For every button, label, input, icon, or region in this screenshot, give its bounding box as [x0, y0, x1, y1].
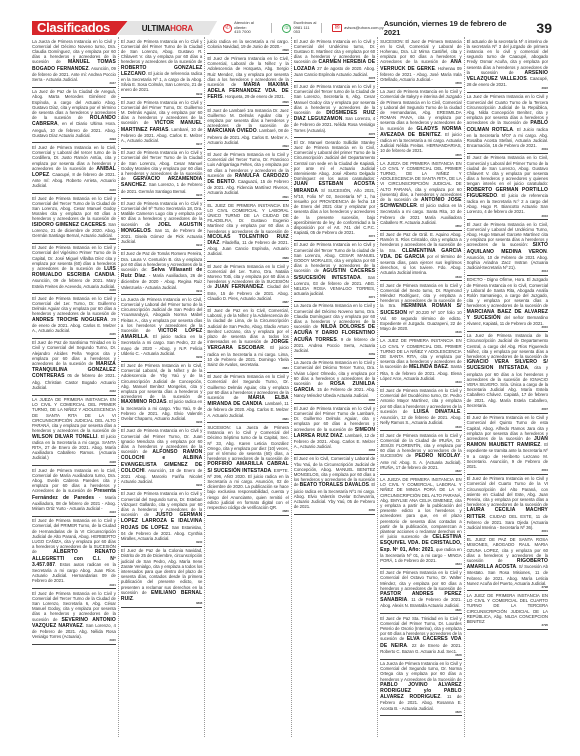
notice-code: 3912	[121, 244, 202, 248]
notice-code: 3893	[207, 145, 288, 149]
deceased-name: LUISA DINATALE	[414, 409, 461, 415]
legal-notice: El Juez de Primera Instancia en lo Civil…	[121, 37, 202, 98]
notice-code: 3863	[294, 449, 375, 453]
notice-code: 3840	[380, 426, 461, 430]
notice-code: 3837	[380, 470, 461, 474]
legal-notice: El Juez de Primera Instancia en lo Civil…	[207, 373, 288, 424]
legal-notice: El Juez de Primera Instancia en lo Civil…	[32, 466, 116, 517]
legal-notice: EDICTO - Digno Ofirme, Hora. El Juzgado …	[467, 276, 548, 332]
whatsapp-icon: ☏	[282, 24, 291, 33]
legal-notice: El Juez de Primera Instancia en lo Civil…	[467, 475, 548, 536]
legal-notice: El Juez de Primera Instancia en lo Civil…	[207, 262, 288, 306]
notice-closing: .	[133, 596, 134, 601]
notice-code: 3795	[467, 624, 548, 628]
deceased-name: MARCIANA OVIEDO	[207, 128, 256, 134]
notice-body: El Juez de Primera Instancia en lo Civil…	[121, 363, 202, 399]
legal-notice: El Juez de Primera Instancia en lo Civil…	[294, 37, 375, 82]
legal-notice: El actuario de la secretaría Nº 4 interi…	[467, 37, 548, 93]
legal-notice: El Juez de Primera Instancia en lo Civil…	[467, 154, 548, 220]
deceased-name: BEATO TORALES DAVALOS	[300, 482, 369, 488]
notice-body: El Juez de Paz de la Colonia Navidad, Di…	[121, 548, 202, 595]
deceased-name: WILSON DILVAR TONELLI	[32, 434, 98, 440]
legal-notice: La Jueza de Primera Instancia en lo Civi…	[32, 37, 116, 88]
notice-code: 3887	[207, 301, 288, 305]
notice-code: 3915	[121, 194, 202, 198]
page-header: Clasificados ULTIMAHORA ✆ Atención al cl…	[32, 21, 552, 35]
notice-code: 3816	[467, 215, 548, 219]
notice-code: 3828	[380, 654, 461, 658]
notice-code: 3801	[467, 530, 548, 534]
notice-code: 3909	[121, 356, 202, 360]
page-number: 39	[536, 20, 552, 36]
notice-code: 3904	[121, 484, 202, 488]
notice-body: EL JUEZ DE PRIMERA INSTANCIA EN LO CIVIL…	[207, 203, 288, 234]
legal-notice: El Juez de Primera Instancia en lo Civil…	[380, 569, 461, 614]
legal-notice: El Dr. Manuel Gerardo Sullidán Stanley J…	[294, 138, 375, 241]
deceased-name: ANDRES TROCHE NOGUERA	[32, 317, 107, 323]
contact-email: ✉ avisos@uhora.com.py	[332, 22, 384, 34]
deceased-name: JUAN FERNANDEZ	[215, 284, 264, 290]
notice-code: 3889	[207, 257, 288, 261]
notice-code: 3932	[32, 390, 116, 394]
notice-body: El Juez de Primera Instancia en lo Civil…	[467, 476, 548, 507]
logo-hora: HORA	[170, 24, 193, 33]
column-2: El Juez de Primera Instancia en lo Civil…	[118, 37, 204, 737]
newspaper-logo: ULTIMAHORA	[118, 21, 218, 35]
notice-body: El Dr. Manuel Gerardo Sullidán Stanley J…	[294, 140, 375, 181]
notice-code: 3896	[207, 101, 288, 105]
legal-notice: EL JUEZ DE PRIMERA INSTANCIA EN LO CIVIL…	[207, 201, 288, 262]
contact-whatsapp: ☏ Escribínos al0981 111 053	[282, 22, 326, 34]
legal-notice: La Juez de Primera Instancia en lo Civil…	[467, 93, 548, 154]
phone-icon: ✆	[223, 24, 232, 33]
legal-notice: El Juez de Primera Instancia en lo Civil…	[294, 82, 375, 138]
notice-code: 3822	[467, 87, 548, 91]
notice-code: 3846	[380, 331, 461, 335]
legal-notice: La Jueza de Primera Instancia en lo Civi…	[294, 359, 375, 404]
legal-notice: El Juez de Primera Instancia en lo Civil…	[294, 241, 375, 302]
legal-notice: El Juez de Primera Instancia en lo Civil…	[294, 404, 375, 455]
notice-code: 3860	[294, 509, 375, 513]
notice-closing: S/ SUCESIÓN, Año 2021, Nº10, Folio Nº 02…	[294, 188, 375, 236]
notice-body: juicio radica en la secretaría a mi carg…	[207, 39, 288, 49]
notice-code: 3906	[121, 421, 202, 425]
notice-body: El Juez de Primera Instancia en lo Civil…	[121, 39, 202, 65]
column-4: El Juez de Primera Instancia en lo Civil…	[291, 37, 377, 737]
notice-code: 3813	[467, 270, 548, 274]
notice-code: 3849	[380, 276, 461, 280]
legal-notice: La Juez de Paz de la Ciudad de Areguá, A…	[32, 88, 116, 144]
notice-code: 3942	[32, 238, 116, 242]
notice-body: El Juez de Primera Instancia en lo Civil…	[32, 196, 116, 222]
notice-body: LA JUEZ DE PRIMERA INSTANCIA EN LO CIVIL…	[467, 593, 548, 624]
notice-body: LA JUEZA DE PRIMERA INSTANCIA EN LO CIVI…	[32, 397, 116, 433]
notice-body: El Juez de Primera Instancia en lo Civil…	[467, 155, 548, 186]
notice-closing: . Horqueta, 29 de enero de 2021.	[223, 94, 285, 99]
notice-code: 3804	[467, 469, 548, 473]
logo-ultima: ULTIMA	[142, 24, 170, 33]
legal-notice: juicio radica en la secretaría a mi carg…	[207, 37, 288, 54]
legal-notice: El Juez de Primera Instancia en lo Civil…	[380, 387, 461, 431]
mail-icon: ✉	[332, 24, 342, 32]
classifieds-columns: La Jueza de Primera Instancia en lo Civi…	[32, 37, 550, 737]
notice-code: 3900	[121, 541, 202, 545]
notice-code: 3866	[294, 399, 375, 403]
notice-code: 3891	[207, 196, 288, 200]
notice-body: La Juez de Primera Instancia de la Circu…	[467, 333, 548, 359]
contact-value: 415 7000	[234, 29, 251, 34]
notice-body: SUCESION: La Jueza de Primera Instancia …	[207, 425, 288, 461]
notice-code: 3880	[207, 510, 288, 514]
legal-notice: El Juez de Primera Instancia en lo Civil…	[467, 220, 548, 276]
legal-notice: EL JUEZ DE PAZ DE SANTA ROSA MISIONES, A…	[467, 536, 548, 592]
legal-notice: La Jueza de Primera Instancia en lo Civi…	[294, 302, 375, 359]
column-1: La Jueza de Primera Instancia en lo Civi…	[32, 37, 118, 737]
notice-body: La Juez de Primera Instancia en lo Civil…	[380, 89, 461, 130]
notice-body: EDICTO - Digno Ofirme, Hora. El Juzgado …	[467, 277, 548, 308]
deceased-name: PEDRO NICOLAY	[415, 453, 460, 459]
legal-notice: El Juez de Primera Instancia en lo Civil…	[121, 149, 202, 200]
legal-notice: El Juez de Paz de Grál. E. Aquino Abog. …	[380, 231, 461, 282]
notice-code: 3798	[467, 586, 548, 590]
legal-notice: El Juez de Primera Instancia en lo Civil…	[121, 98, 202, 149]
legal-notice: El Juez de Paz Sta. Trinidad en lo Civil…	[380, 614, 461, 659]
contact-value[interactable]: avisos@uhora.com.py	[344, 26, 384, 31]
legal-notice: El Juez de Paz en lo Civil, Comercial, L…	[207, 307, 288, 373]
legal-notice: El Juez de Primera Instancia en lo Civil…	[121, 490, 202, 547]
notice-code: 3935	[32, 333, 116, 337]
legal-notice: SUCESION: El Juez de Primera Instancia e…	[380, 37, 461, 88]
contact-phone: ✆ Atención al cliente:415 7000	[223, 22, 276, 34]
notice-body: LA JUEZA DE PRIMERA INSTANCIA EN LO CIVI…	[380, 477, 461, 539]
notice-code: 3871	[294, 296, 375, 300]
notice-body: El Juez de Primera Instancia en lo Civil…	[32, 296, 116, 317]
legal-notice: El Juez de Primera Instancia en lo Civil…	[32, 589, 116, 645]
legal-notice: El Juez de Primera Instancia en lo Civil…	[121, 427, 202, 490]
notice-code: 3947	[32, 82, 116, 86]
notice-closing: , cita y emplaza por 60 días a los hered…	[467, 365, 548, 407]
notice-code: 3911	[121, 290, 202, 294]
column-3: juicio radica en la secretaría a mi carg…	[204, 37, 290, 737]
legal-notice: El Juez de Paz de la Colonia Navidad, Di…	[121, 547, 202, 608]
notice-code: 3898	[121, 602, 202, 606]
legal-notice: La Jueza de Primera Instancia en lo Civi…	[121, 295, 202, 361]
notice-code: 3852	[380, 225, 461, 229]
legal-notice: El Juez de Lambaré 1ra Instancia Dr. Jue…	[207, 106, 288, 150]
notice-code: 3878	[294, 77, 375, 81]
notice-code: 3993	[32, 138, 116, 142]
legal-notice: El Juez de Primera Instancia en lo Civil…	[207, 54, 288, 106]
legal-notice: LA JUEZ DE PRIMERA INSTANCIA EN LO CIVIL…	[467, 591, 548, 629]
legal-notice: LA JUEZ DE PRIMERA INSTANCIA EN LO CIVIL…	[380, 337, 461, 387]
notice-body: El Juez de Primera Instancia en lo Civil…	[380, 570, 461, 591]
notice-code: 3825	[380, 711, 461, 715]
notice-code: 3869	[294, 353, 375, 357]
legal-notice: El Juez de Primera Instancia en lo Civil…	[380, 431, 461, 475]
notice-body: El Juez de Lambaré 1ra Instancia Dr. Jue…	[207, 108, 288, 129]
legal-notice: El Juez de Primera Instancia en lo Civil…	[32, 244, 116, 295]
legal-notice: La Juez de Primera Instancia en lo Civil…	[380, 88, 461, 159]
deceased-name: ISIDORO GIMENEZ CACERES	[32, 222, 106, 228]
legal-notice: El Juez de Primera Instancia en lo Civil…	[207, 150, 288, 201]
dateline: Asunción, viernes 19 de febrero de 2021	[384, 19, 525, 37]
notice-code: 3936	[32, 289, 116, 293]
legal-notice: El Juez de Primera Instancia en lo Civil…	[121, 362, 202, 427]
legal-notice: El Juez en lo Civil, Comercial y Laboral…	[294, 455, 375, 515]
legal-notice: El Juez de Paz de Santísima Trinidad en …	[32, 339, 116, 396]
legal-notice: LA JUEZA DE PRIMERA INSTANCIA EN LO CIVI…	[32, 396, 116, 466]
legal-notice: La Juez de Primera Instancia de la Circu…	[467, 332, 548, 414]
section-title: Clasificados	[32, 21, 128, 35]
legal-notice: El Juez de Primera Instancia en lo Civil…	[32, 517, 116, 589]
notice-code: 3928	[32, 461, 116, 465]
deceased-name: MAXIMINO ROJAS	[121, 399, 167, 405]
notice-code: 3946	[32, 189, 116, 193]
legal-notice: LA JUEZA DE PRIMERA INSTANCIA EN LO CIVI…	[380, 475, 461, 568]
notice-code: 3874	[294, 235, 375, 239]
notice-code: 3919	[121, 93, 202, 97]
notice-code: 3858	[380, 82, 461, 86]
notice-code: 3807	[467, 408, 548, 412]
column-5: SUCESION: El Juez de Primera Instancia e…	[377, 37, 463, 737]
legal-notice: LA JUEZA DE PRIMERA INSTANCIA EN LO CIVI…	[380, 159, 461, 230]
column-6: El actuario de la secretaría Nº 4 interi…	[464, 37, 550, 737]
deceased-name: MELINDA BAEZ	[409, 364, 448, 370]
notice-code: 3819	[467, 148, 548, 152]
legal-notice: La Jueza de Primera Instancia en lo Civi…	[380, 660, 461, 717]
notice-code: 3843	[380, 381, 461, 385]
notice-code: 3923	[32, 511, 116, 515]
legal-notice: El Juez de Primera Instancia en lo Civil…	[32, 194, 116, 244]
notice-code: 3898	[207, 49, 288, 53]
contact-value: 0981 111 053	[293, 25, 309, 35]
notice-code: 3884	[207, 367, 288, 371]
notice-code: 3810	[467, 326, 548, 330]
notice-code: 3876	[294, 133, 375, 137]
notice-body: LA JUEZA DE PRIMERA INSTANCIA EN LO CIVI…	[380, 161, 461, 202]
notice-closing: . EXPTE. Nº 296, AÑO 2020. El juicio rad…	[207, 468, 288, 510]
legal-notice: El Juez de Primera Instancia en lo Civil…	[32, 143, 116, 194]
notice-code: 3834	[380, 563, 461, 567]
notice-closing: . Filadelfia, 11 de Febrero de 2021. Abo…	[207, 240, 288, 256]
legal-notice: El Juez de Paz de Tomás Romero Pereira, …	[121, 250, 202, 295]
legal-notice: El Juez de Primera Instancia en lo Civil…	[380, 281, 461, 337]
notice-code: 3881	[207, 418, 288, 422]
notice-code: 3921	[32, 584, 116, 588]
legal-notice: SUCESION: La Jueza de Primera Instancia …	[207, 423, 288, 515]
notice-code: 3855	[380, 154, 461, 158]
notice-code: 3917	[121, 143, 202, 147]
legal-notice: El Juez de Primera Instancia en lo Civil…	[467, 414, 548, 475]
notice-code: 3831	[380, 609, 461, 613]
legal-notice: El Juez de Primera Instancia en lo Civil…	[121, 199, 202, 250]
legal-notice: El Juez de Primera Instancia en lo Civil…	[32, 294, 116, 338]
notice-code: 3920	[32, 639, 116, 643]
notice-body: La Jueza de Primera Instancia en lo Civi…	[380, 661, 461, 682]
